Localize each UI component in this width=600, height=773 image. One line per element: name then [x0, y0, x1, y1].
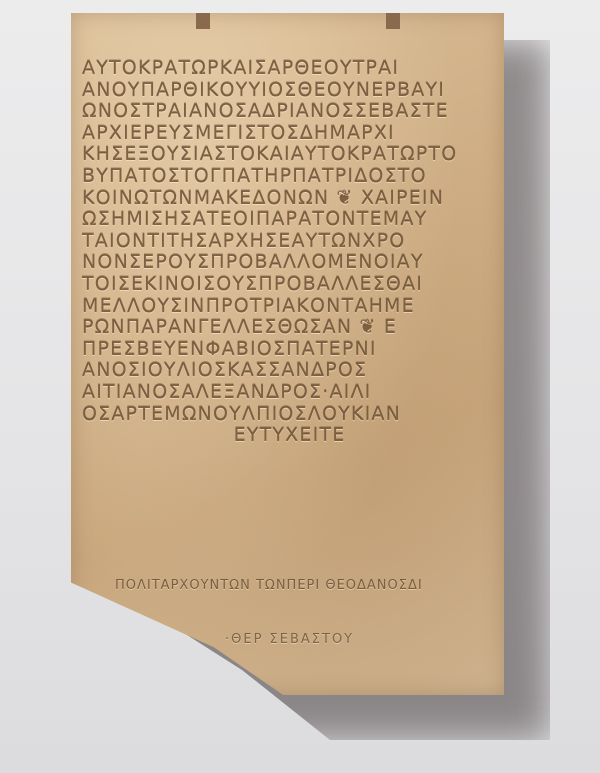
top-notch-right	[386, 13, 400, 29]
inscription-line: ΤΑΙΟΝΤΙΤΗΣΑΡΧΗΣΕΑΥΤΩΝΧΡΟ	[82, 231, 497, 253]
top-notch-left	[196, 13, 210, 29]
inscription-line: ΑΥΤΟΚΡΑΤΩΡΚΑΙΣΑΡΘΕΟΥΤΡΑΙ	[82, 58, 497, 80]
inscription-line: ΠΡΕΣΒΕΥΕΝΦΑΒΙΟΣΠΑΤΕΡΝΙ	[82, 339, 497, 361]
inscription-line: ΑΝΟΣΙΟΥΛΙΟΣΚΑΣΣΑΝΔΡΟΣ	[82, 360, 497, 382]
inscription-footer-line-2: ·ΘΕΡ ΣΕΒΑΣΤΟΥ	[225, 632, 485, 647]
inscription-line: ΝΟΝΣΕΡΟΥΣΠΡΟΒΑΛΛΟΜΕΝΟΙΑΥ	[82, 252, 497, 274]
inscription-line: ΤΟΙΣΕΚΙΝΟΙΣΟΥΣΠΡΟΒΑΛΛΕΣΘΑΙ	[82, 274, 497, 296]
inscription-line: ΟΣΑΡΤΕΜΩΝΟΥΛΠΙΟΣΛΟΥΚΙΑΝ	[82, 404, 497, 426]
inscription-line: ΚΗΣΕΞΟΥΣΙΑΣΤΟΚΑΙΑΥΤΟΚΡΑΤΩΡΤΟ	[82, 144, 497, 166]
inscription-line: ΑΙΤΙΑΝΟΣΑΛΕΞΑΝΔΡΟΣ·ΑΙΛΙ	[82, 382, 497, 404]
inscription-line: ΒΥΠΑΤΟΣΤΟΓΠΑΤΗΡΠΑΤΡΙΔΟΣΤΟ	[82, 166, 497, 188]
inscription-line: ΚΟΙΝΩΤΩΝΜΑΚΕΔΟΝΩΝ ❦ ΧΑΙΡΕΙΝ	[82, 188, 497, 210]
inscription-footer-line-1: ΠΟΛΙΤΑΡΧΟΥΝΤΩΝ ΤΩΝΠΕΡΙ ΘΕΟΔΑΝΟΣΔΙ	[115, 578, 505, 593]
inscription-line: ΩΣΗΜΙΣΗΣΑΤΕΟΙΠΑΡΑΤΟΝΤΕΜΑΥ	[82, 209, 497, 231]
inscription-closing-line: ΕΥΤΥΧΕΙΤΕ	[82, 425, 497, 447]
inscription-line: ΜΕΛΛΟΥΣΙΝΠΡΟΤΡΙΑΚΟΝΤΑΗΜΕ	[82, 296, 497, 318]
inscription-line: ΑΡΧΙΕΡΕΥΣΜΕΓΙΣΤΟΣΔΗΜΑΡΧΙ	[82, 123, 497, 145]
inscription-line: ΩΝΟΣΤΡΑΙΑΝΟΣΑΔΡΙΑΝΟΣΣΕΒΑΣΤΕ	[82, 101, 497, 123]
inscription-text-block: ΑΥΤΟΚΡΑΤΩΡΚΑΙΣΑΡΘΕΟΥΤΡΑΙ ΑΝΟΥΠΑΡΘΙΚΟΥΥΙΟ…	[82, 58, 497, 447]
inscription-line: ΡΩΝΠΑΡΑΝΓΕΛΛΕΣΘΩΣΑΝ ❦ Ε	[82, 317, 497, 339]
inscription-line: ΑΝΟΥΠΑΡΘΙΚΟΥΥΙΟΣΘΕΟΥΝΕΡΒΑΥΙ	[82, 80, 497, 102]
